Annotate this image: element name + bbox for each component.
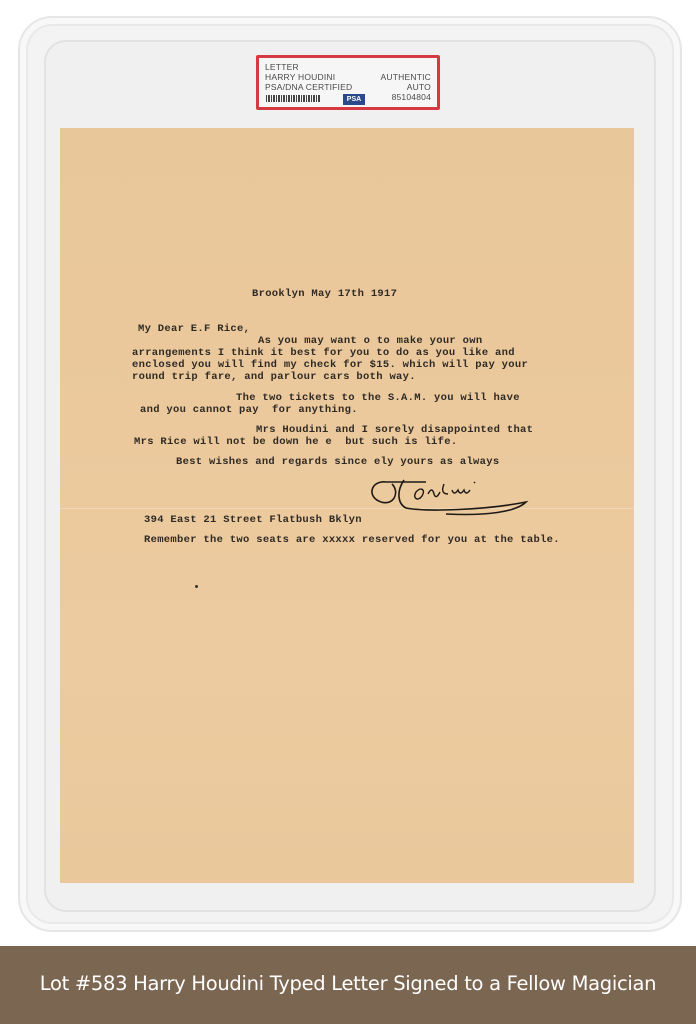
label-subject: HARRY HOUDINI [265,72,352,82]
letter-p3-line1: Mrs Houdini and I sorely disappointed th… [256,424,533,436]
letter-salutation: My Dear E.F Rice, [138,323,250,335]
label-right-text: AUTHENTIC AUTO 85104804 [381,72,431,102]
ink-spot [195,585,198,588]
psa-logo-icon: PSA [343,94,365,105]
letter-p1-line1: As you may want o to make your own [258,335,482,347]
letter-dateline: Brooklyn May 17th 1917 [252,288,397,300]
barcode-icon [266,95,321,102]
letter-closing: Best wishes and regards since ely yours … [176,456,499,468]
label-item-type: LETTER [265,62,352,72]
label-certifier: PSA/DNA CERTIFIED [265,82,352,92]
letter-address: 394 East 21 Street Flatbush Bklyn [144,514,362,526]
label-grade: AUTHENTIC [381,72,431,82]
letter-p1-line2: arrangements I think it best for you to … [132,347,515,359]
letter-p1-line4: round trip fare, and parlour cars both w… [132,371,416,383]
letter-p3-line2: Mrs Rice will not be down he e but such … [134,436,457,448]
paper-fold-line [60,508,634,509]
lot-caption: Lot #583 Harry Houdini Typed Letter Sign… [0,972,696,995]
psa-certification-label: LETTER HARRY HOUDINI PSA/DNA CERTIFIED A… [256,55,440,110]
label-cert-number: 85104804 [381,92,431,102]
letter-p1-line3: enclosed you will find my check for $15.… [132,359,528,371]
letter-postscript: Remember the two seats are xxxxx reserve… [144,534,560,546]
label-left-text: LETTER HARRY HOUDINI PSA/DNA CERTIFIED [265,62,352,92]
letter-p2-line2: and you cannot pay for anything. [140,404,358,416]
houdini-signature-icon [366,472,536,522]
letter-p2-line1: The two tickets to the S.A.M. you will h… [236,392,520,404]
caption-bar: Lot #583 Harry Houdini Typed Letter Sign… [0,946,696,1024]
letter-paper: Brooklyn May 17th 1917 My Dear E.F Rice,… [60,128,634,883]
label-grade-auto: AUTO [381,82,431,92]
